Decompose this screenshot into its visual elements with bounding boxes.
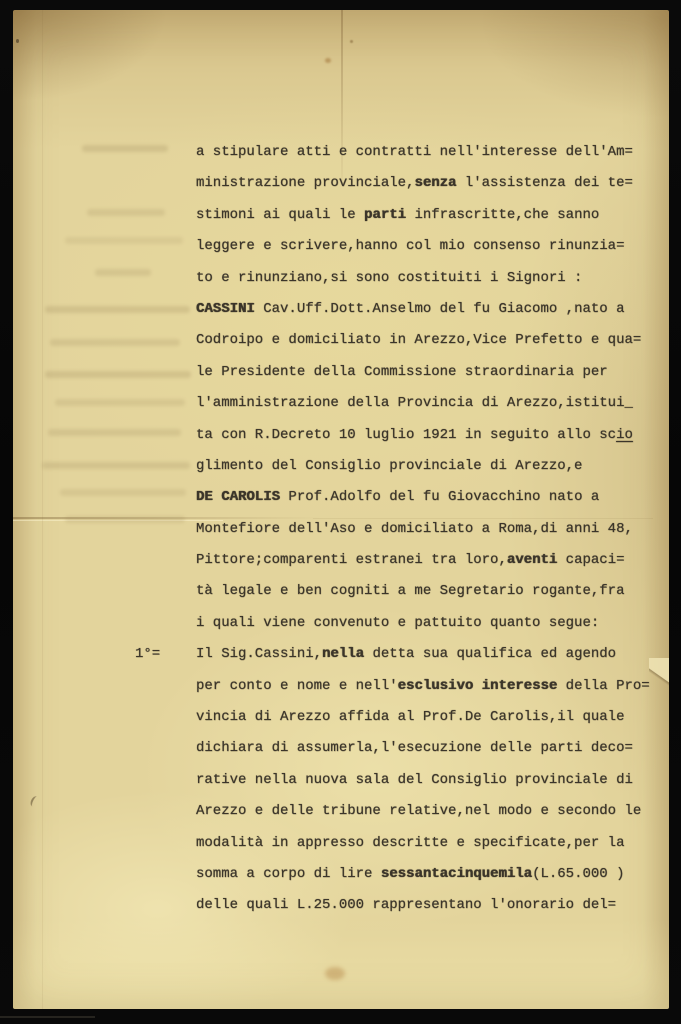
- typed-text-segment: to e rinunziano,si sono costituiti i Sig…: [196, 270, 582, 286]
- typed-text-segment: le Presidente della Commissione straordi…: [196, 364, 608, 380]
- typed-text-segment: capaci=: [557, 552, 624, 568]
- paper-stain-blotch: [325, 967, 345, 980]
- typed-text-segment: Codroipo e domiciliato in Arezzo,Vice Pr…: [196, 332, 641, 348]
- typed-line: to e rinunziano,si sono costituiti i Sig…: [196, 263, 650, 294]
- typed-line: Pittore;comparenti estranei tra loro,ave…: [196, 545, 650, 576]
- paper-stain-dot: [325, 58, 331, 63]
- typed-text-segment: (L.65.000 ): [532, 866, 624, 882]
- typed-text-segment: della Pro=: [557, 678, 649, 694]
- typed-text-segment: tà legale e ben cogniti a me Segretario …: [196, 583, 624, 599]
- typed-line: Montefiore dell'Aso e domiciliato a Roma…: [196, 514, 650, 545]
- typed-line: delle quali L.25.000 rappresentano l'ono…: [196, 890, 650, 921]
- typed-text-segment: ta con R.Decreto 10 luglio 1921 in segui…: [196, 427, 616, 443]
- clause-number: 1°=: [135, 639, 160, 670]
- typed-line: le Presidente della Commissione straordi…: [196, 357, 650, 388]
- typed-text-segment: per conto e nome e nell': [196, 678, 398, 694]
- typed-text-segment: vincia di Arezzo affida al Prof.De Carol…: [196, 709, 624, 725]
- ghost-line: [45, 306, 190, 313]
- ghost-line: [45, 371, 191, 378]
- typed-text-segment: l'assistenza dei te=: [456, 175, 632, 191]
- typed-line: modalità in appresso descritte e specifi…: [196, 828, 650, 859]
- typed-line: somma a corpo di lire sessantacinquemila…: [196, 859, 650, 890]
- typed-text-segment: parti: [364, 207, 406, 223]
- typed-text-segment: Il Sig.Cassini,: [196, 646, 322, 662]
- typed-text-segment: dichiara di assumerla,l'esecuzione delle…: [196, 740, 633, 756]
- typed-text-segment: aventi: [507, 552, 557, 568]
- ghost-line: [87, 209, 165, 216]
- typed-line: dichiara di assumerla,l'esecuzione delle…: [196, 733, 650, 764]
- typed-line: ministrazione provinciale,senza l'assist…: [196, 168, 650, 199]
- typed-line: i quali viene convenuto e pattuito quant…: [196, 608, 650, 639]
- typed-line: ta con R.Decreto 10 luglio 1921 in segui…: [196, 420, 650, 451]
- typed-text-segment: leggere e scrivere,hanno col mio consens…: [196, 238, 624, 254]
- typed-line: per conto e nome e nell'esclusivo intere…: [196, 671, 650, 702]
- typed-text-block: a stipulare atti e contratti nell'intere…: [196, 137, 650, 922]
- ink-squiggle-mark: [29, 795, 40, 808]
- typed-text-segment: Pittore;comparenti estranei tra loro,: [196, 552, 507, 568]
- typed-line: l'amministrazione della Provincia di Are…: [196, 388, 650, 419]
- fold-crease-highlight: [13, 520, 223, 521]
- scan-artifact-streak: [0, 1016, 95, 1018]
- ghost-line: [60, 489, 186, 496]
- typed-line: glimento del Consiglio provinciale di Ar…: [196, 451, 650, 482]
- typed-text-segment: infrascritte,che sanno: [406, 207, 599, 223]
- typed-line: DE CAROLIS Prof.Adolfo del fu Giovacchin…: [196, 482, 650, 513]
- typed-text-segment: nella: [322, 646, 364, 662]
- typed-text-segment: io: [616, 427, 633, 443]
- typed-text-segment: l'amministrazione della Provincia di Are…: [196, 395, 633, 411]
- ghost-line: [95, 269, 151, 276]
- typed-line: stimoni ai quali le parti infrascritte,c…: [196, 200, 650, 231]
- typed-text-segment: ministrazione provinciale,: [196, 175, 414, 191]
- typed-text-segment: stimoni ai quali le: [196, 207, 364, 223]
- scan-background: a stipulare atti e contratti nell'intere…: [0, 0, 681, 1024]
- typed-line: leggere e scrivere,hanno col mio consens…: [196, 231, 650, 262]
- typed-line: vincia di Arezzo affida al Prof.De Carol…: [196, 702, 650, 733]
- typed-text-segment: Prof.Adolfo del fu Giovacchino nato a: [280, 489, 599, 505]
- ghost-line: [65, 237, 183, 244]
- ghost-line: [55, 399, 185, 406]
- typed-line: a stipulare atti e contratti nell'intere…: [196, 137, 650, 168]
- edge-fold-flap: [649, 658, 669, 690]
- paper-speck: [16, 39, 19, 43]
- typed-text-segment: CASSINI: [196, 301, 255, 317]
- typed-line: 1°=Il Sig.Cassini,nella detta sua qualif…: [196, 639, 650, 670]
- typed-text-segment: sessantacinquemila: [381, 866, 532, 882]
- typed-text-segment: Montefiore dell'Aso e domiciliato a Roma…: [196, 521, 633, 537]
- scanner-margin-shadow: [42, 10, 43, 1009]
- document-page: a stipulare atti e contratti nell'intere…: [13, 10, 669, 1009]
- typed-text-segment: delle quali L.25.000 rappresentano l'ono…: [196, 897, 616, 913]
- typed-text-segment: DE CAROLIS: [196, 489, 280, 505]
- typed-text-segment: i quali viene convenuto e pattuito quant…: [196, 615, 599, 631]
- typed-line: CASSINI Cav.Uff.Dott.Anselmo del fu Giac…: [196, 294, 650, 325]
- typed-text-segment: Arezzo e delle tribune relative,nel modo…: [196, 803, 641, 819]
- typed-line: rative nella nuova sala del Consiglio pr…: [196, 765, 650, 796]
- typed-text-segment: modalità in appresso descritte e specifi…: [196, 835, 624, 851]
- typed-text-segment: somma a corpo di lire: [196, 866, 381, 882]
- typed-line: Arezzo e delle tribune relative,nel modo…: [196, 796, 650, 827]
- typed-text-segment: Cav.Uff.Dott.Anselmo del fu Giacomo ,nat…: [255, 301, 625, 317]
- ghost-line: [50, 339, 180, 346]
- ghost-line: [42, 462, 190, 469]
- typed-text-segment: a stipulare atti e contratti nell'intere…: [196, 144, 633, 160]
- paper-stain-dot: [350, 40, 353, 43]
- typed-text-segment: rative nella nuova sala del Consiglio pr…: [196, 772, 633, 788]
- typed-text-segment: detta sua qualifica ed agendo: [364, 646, 616, 662]
- typed-line: Codroipo e domiciliato in Arezzo,Vice Pr…: [196, 325, 650, 356]
- typed-text-segment: glimento del Consiglio provinciale di Ar…: [196, 458, 582, 474]
- typed-text-segment: esclusivo interesse: [398, 678, 558, 694]
- typed-text-segment: senza: [414, 175, 456, 191]
- ghost-line: [82, 145, 168, 152]
- ghost-line: [48, 429, 181, 436]
- typed-line: tà legale e ben cogniti a me Segretario …: [196, 576, 650, 607]
